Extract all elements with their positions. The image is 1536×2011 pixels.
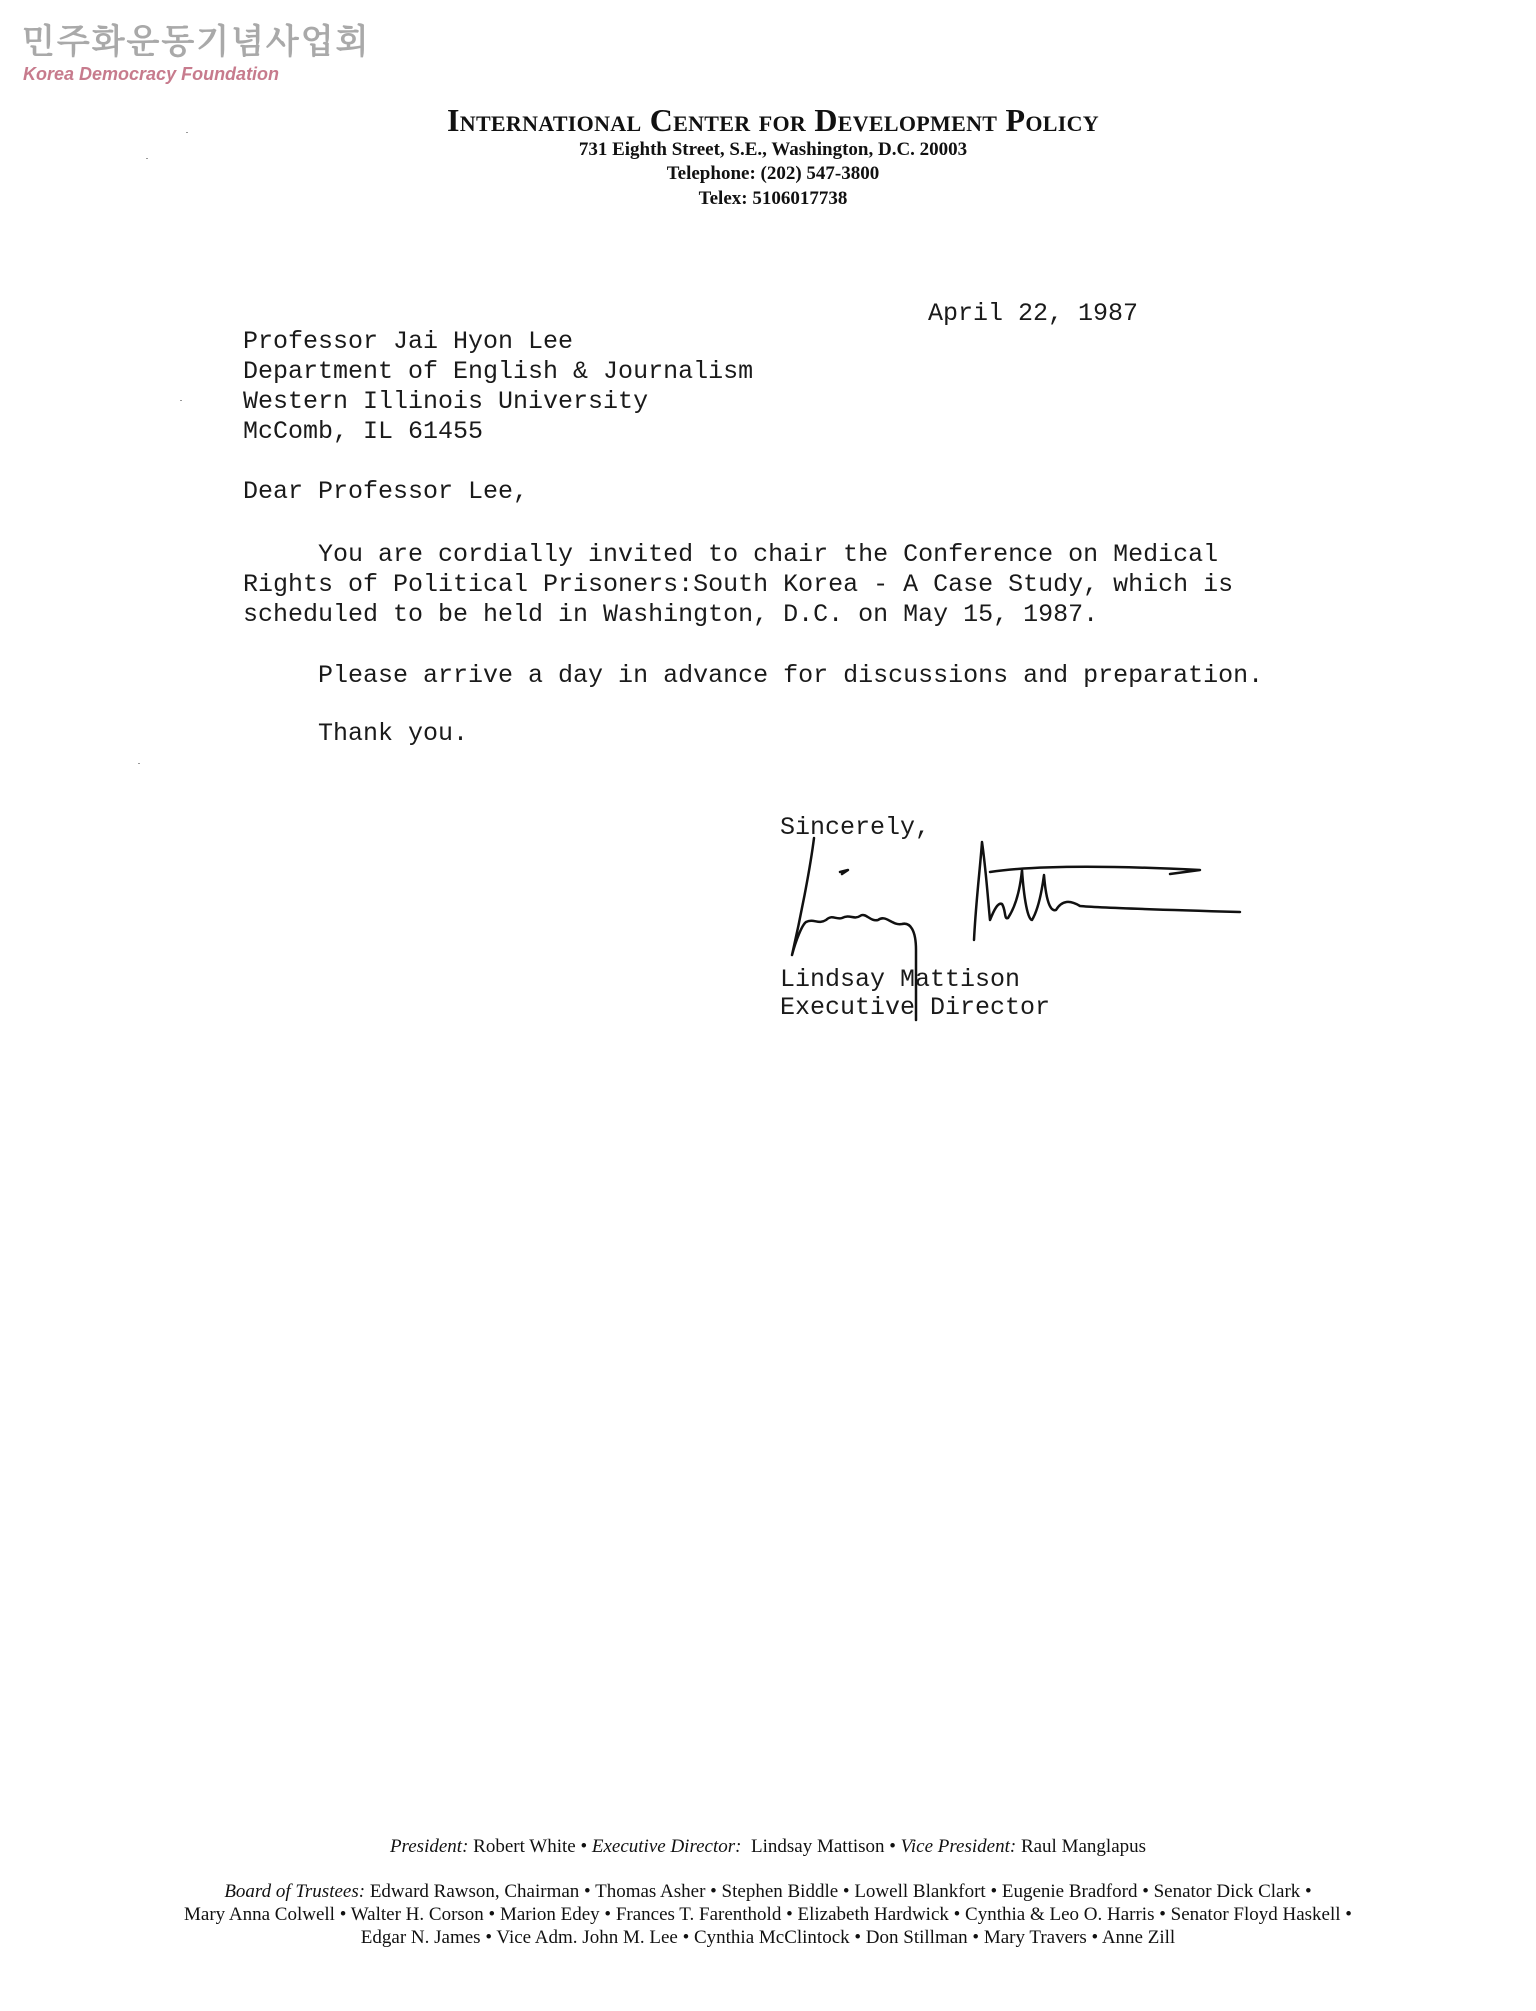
officer-name: Robert White • — [468, 1836, 591, 1857]
officer-role: Executive Director: — [592, 1836, 742, 1857]
watermark-english: Korea Democracy Foundation — [23, 64, 279, 85]
organization-telex: Telex: 5106017738 — [0, 188, 1536, 210]
trustees-names: Edward Rawson, Chairman • Thomas Asher •… — [365, 1881, 1312, 1902]
signer-name: Lindsay Mattison — [780, 965, 1020, 994]
recipient-line: Department of English & Journalism — [243, 357, 753, 386]
trustees-line: Mary Anna Colwell • Walter H. Corson • M… — [0, 1904, 1536, 1926]
body-line: Rights of Political Prisoners:South Kore… — [243, 570, 1233, 599]
officer-role: President: — [390, 1836, 468, 1857]
salutation: Dear Professor Lee, — [243, 477, 528, 506]
organization-telephone: Telephone: (202) 547-3800 — [0, 163, 1536, 185]
trustees-line: Edgar N. James • Vice Adm. John M. Lee •… — [0, 1927, 1536, 1949]
body-paragraph-3: Thank you. — [243, 719, 468, 748]
body-paragraph-2: Please arrive a day in advance for discu… — [243, 661, 1263, 690]
officer-role: Vice President: — [901, 1836, 1017, 1857]
recipient-line: Western Illinois University — [243, 387, 648, 416]
officers-line: President: Robert White • Executive Dire… — [0, 1836, 1536, 1858]
recipient-line: McComb, IL 61455 — [243, 417, 483, 446]
officer-name: Lindsay Mattison • — [742, 1836, 901, 1857]
officer-name: Raul Manglapus — [1016, 1836, 1146, 1857]
organization-name: International Center for Development Pol… — [0, 102, 1536, 139]
signer-title: Executive Director — [780, 993, 1050, 1022]
organization-address: 731 Eighth Street, S.E., Washington, D.C… — [0, 139, 1536, 161]
scan-speck — [138, 763, 140, 764]
trustees-label: Board of Trustees: — [224, 1881, 365, 1902]
letter-date: April 22, 1987 — [928, 299, 1138, 328]
body-line: You are cordially invited to chair the C… — [243, 540, 1218, 569]
watermark-korean: 민주화운동기념사업회 — [22, 14, 370, 63]
scan-speck — [180, 400, 182, 401]
body-line: scheduled to be held in Washington, D.C.… — [243, 600, 1098, 629]
trustees-line: Board of Trustees: Edward Rawson, Chairm… — [0, 1881, 1536, 1903]
recipient-line: Professor Jai Hyon Lee — [243, 327, 573, 356]
